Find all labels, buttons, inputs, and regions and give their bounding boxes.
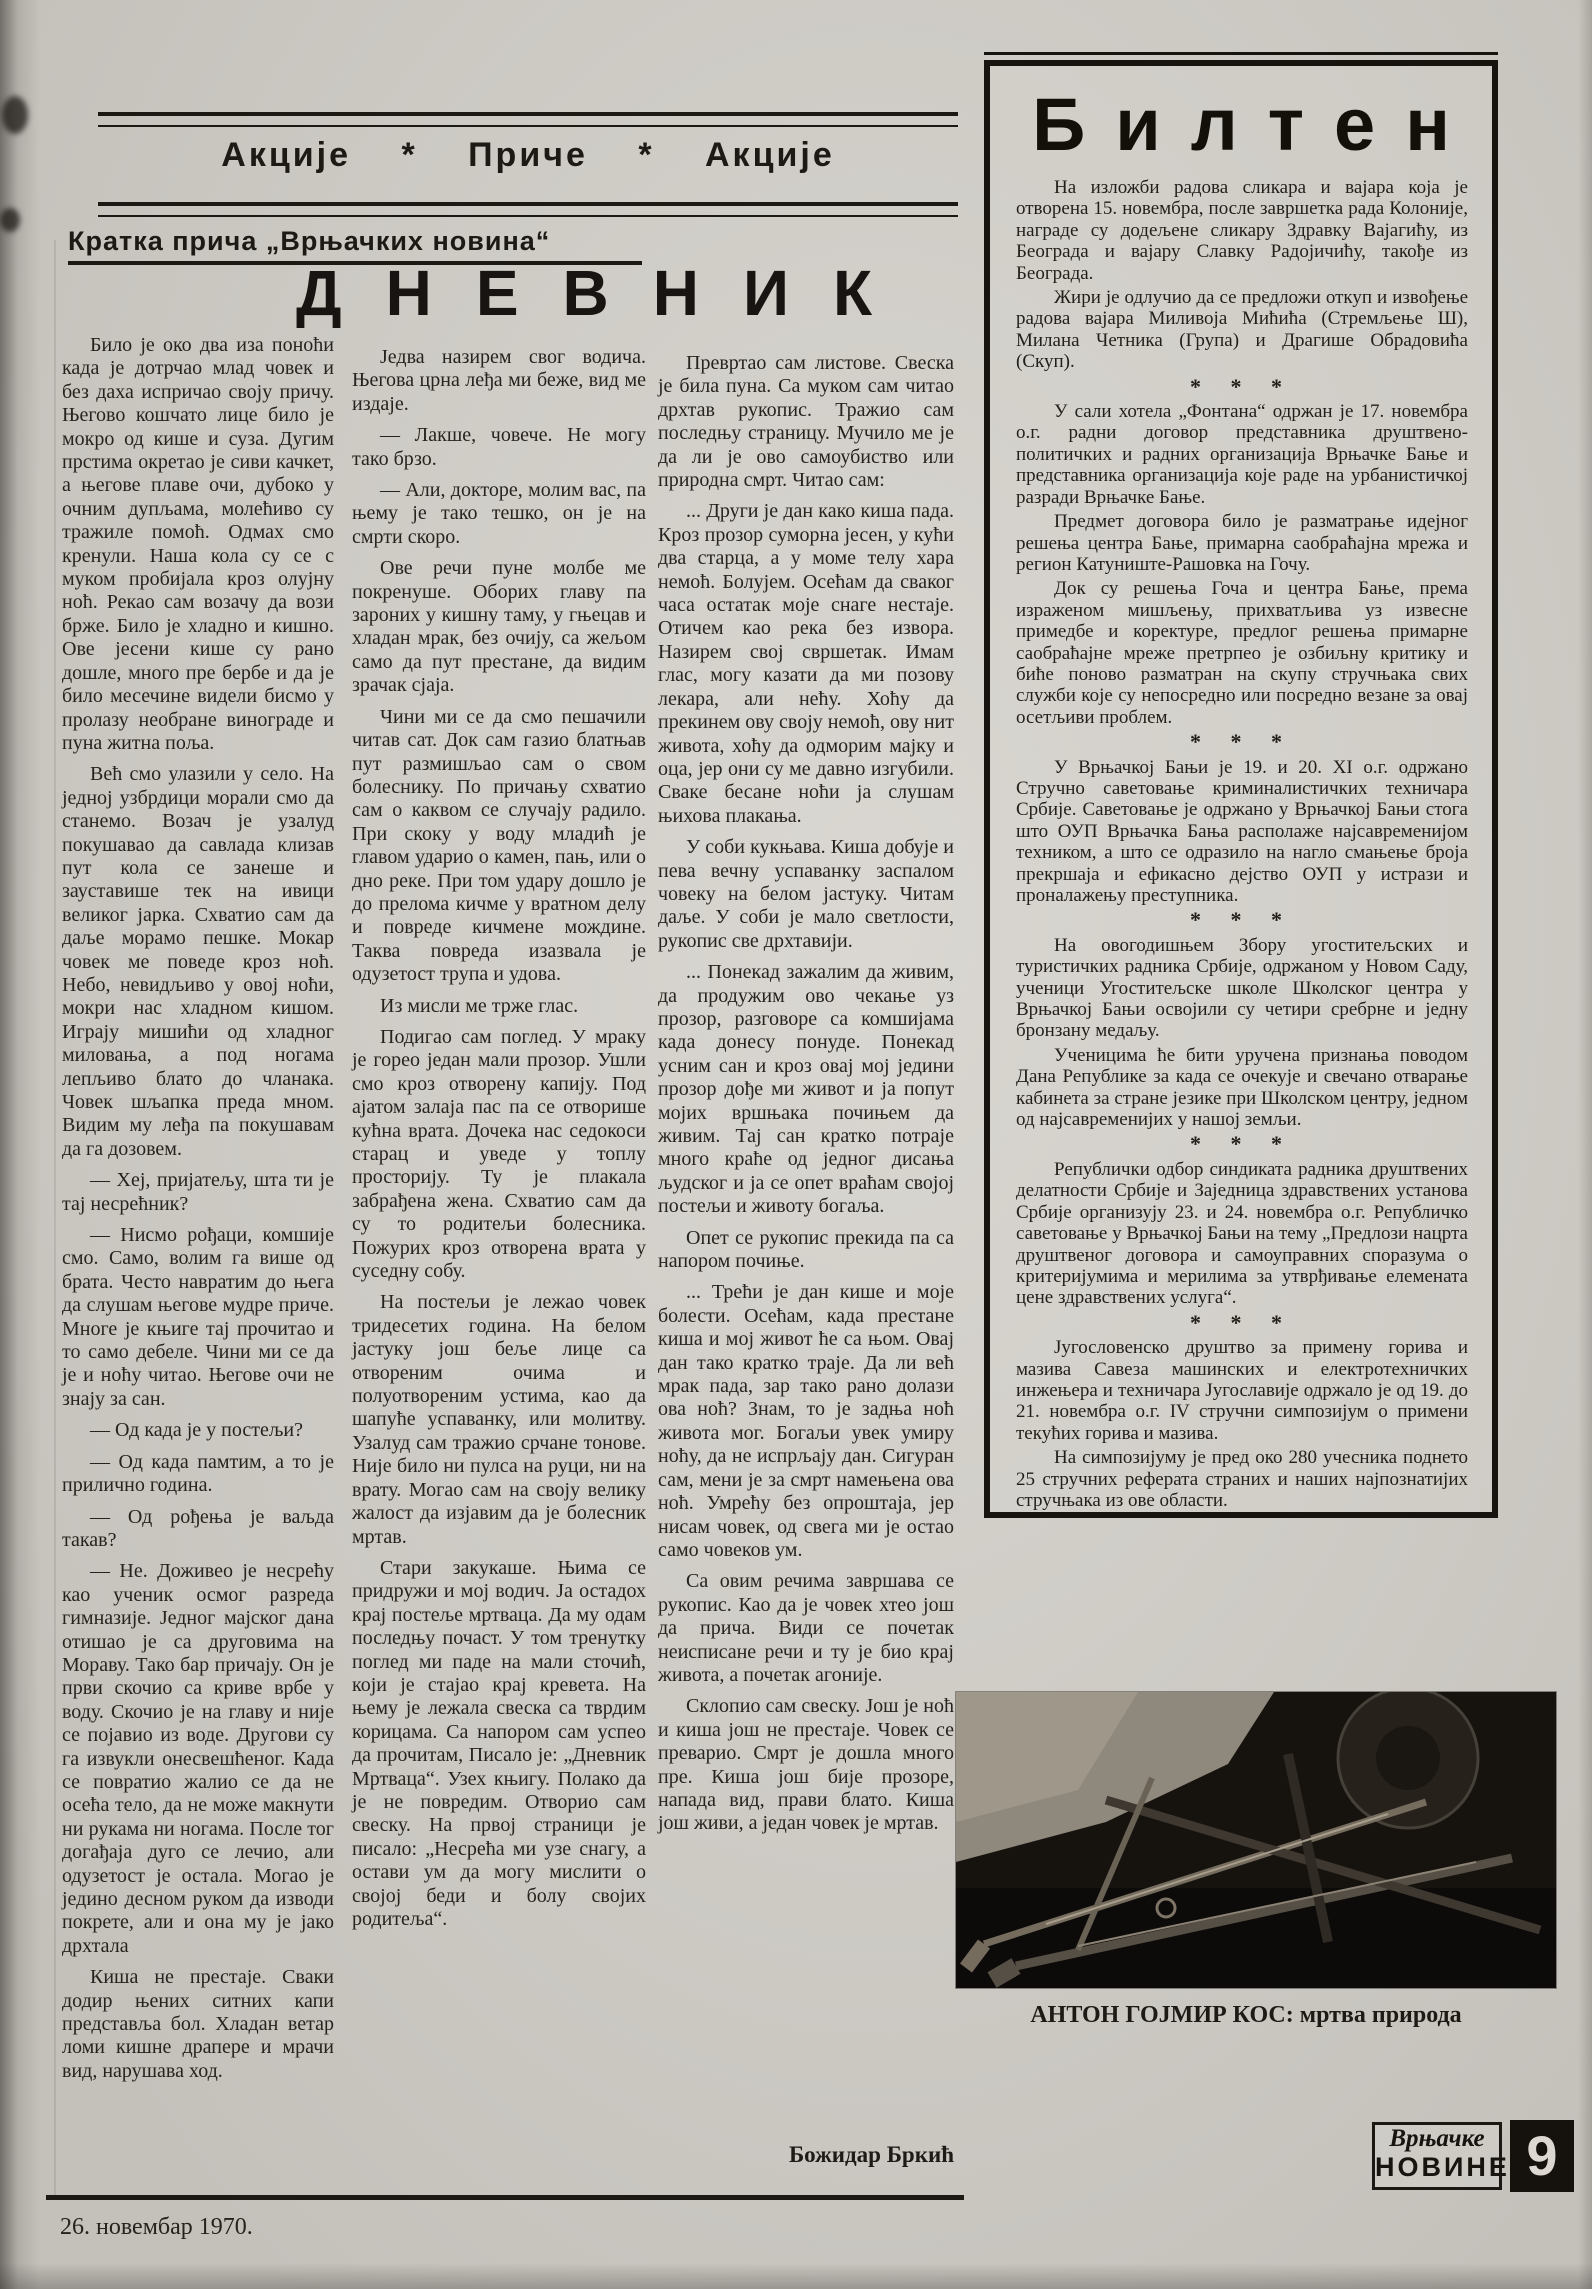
bulletin-paragraph: * * *: [1016, 376, 1468, 397]
rifle-stock: [992, 1966, 1016, 1980]
story-paragraph: Већ смо улазили у село. На једној узбрди…: [62, 763, 334, 1161]
story-paragraph: Подигао сам поглед. У мраку је горео јед…: [352, 1026, 646, 1283]
story-column-2: Једва назирем свог водича. Његова црна л…: [352, 346, 646, 1939]
header-rule-top: [98, 112, 958, 127]
author-signature: Божидар Бркић: [658, 2142, 954, 2168]
story-paragraph: — Нисмо рођаци, комшије смо. Само, волим…: [62, 1224, 334, 1411]
masthead-top: Врњачке: [1375, 2125, 1499, 2152]
masthead-bottom: НОВИНЕ: [1375, 2152, 1499, 2182]
issue-date: 26. новембар 1970.: [60, 2214, 253, 2241]
scan-edge-shadow-bottom: [0, 2263, 1592, 2289]
photo-caption: АНТОН ГОЈМИР КОС: мртва природа: [946, 2002, 1546, 2029]
section-banner: Акције * Приче * Акције: [98, 136, 958, 175]
wheel-hub: [1376, 1726, 1440, 1790]
story-paragraph: У соби кукњава. Киша добује и пева вечну…: [658, 836, 954, 953]
bulletin-paragraph: * * *: [1016, 1133, 1468, 1154]
story-paragraph: ... Понекад зажалим да живим, да продужи…: [658, 961, 954, 1218]
story-paragraph: Са овим речима завршава се рукопис. Као …: [658, 1570, 954, 1687]
story-paragraph: — Од када је у постељи?: [62, 1419, 334, 1442]
bulletin-paragraph: Југословенско друштво за примену горива …: [1016, 1337, 1468, 1444]
bulletin-paragraph: Док су решења Гоча и центра Бање, према …: [1016, 578, 1468, 728]
masthead-logo: Врњачке НОВИНЕ: [1372, 2122, 1502, 2190]
table-ledge: [956, 1888, 1556, 1988]
story-paragraph: Из мисли ме трже глас.: [352, 995, 646, 1018]
bulletin-title: Билтен: [990, 82, 1492, 167]
story-paragraph: Превртао сам листове. Свеска је била пун…: [658, 352, 954, 492]
story-paragraph: Стари закукаше. Њима се придружи и мој в…: [352, 1557, 646, 1932]
story-paragraph: — Од када памтим, а то је прилично годин…: [62, 1451, 334, 1498]
bulletin-box: Билтен На изложби радова сликара и вајар…: [984, 60, 1498, 1518]
still-life-photo: [956, 1692, 1556, 1988]
bulletin-body: На изложби радова сликара и вајара која …: [990, 177, 1492, 1511]
newspaper-page: Акције * Приче * Акције Кратка прича „Вр…: [0, 0, 1592, 2289]
story-paragraph: Склопио сам свеску. Још је ноћ и киша јо…: [658, 1695, 954, 1835]
bulletin-paragraph: У сали хотела „Фонтана“ одржан је 17. но…: [1016, 401, 1468, 508]
footer-rule: [46, 2195, 964, 2200]
story-paragraph: Киша не престаје. Сваки додир њених ситн…: [62, 1966, 334, 2083]
bulletin-paragraph: На изложби радова сликара и вајара која …: [1016, 177, 1468, 284]
still-life-art: [956, 1692, 1556, 1988]
bulletin-paragraph: * * *: [1016, 731, 1468, 752]
story-paragraph: — Лакше, човече. Не могу тако брзо.: [352, 424, 646, 471]
bulletin-paragraph: Жири је одлучио да се предложи откуп и и…: [1016, 287, 1468, 373]
story-paragraph: — Хеј, пријатељу, шта ти је тај несрећни…: [62, 1169, 334, 1216]
story-paragraph: Једва назирем свог водича. Његова црна л…: [352, 346, 646, 416]
bulletin-paragraph: На овогодишњем Збору угоститељских и тур…: [1016, 935, 1468, 1042]
scan-blotch: [0, 208, 20, 232]
scan-edge-shadow-left: [0, 0, 40, 2289]
story-paragraph: Ове речи пуне молбе ме покренуше. Оборих…: [352, 557, 646, 697]
page-number-badge: 9: [1510, 2120, 1574, 2192]
paper-crease: [54, 240, 56, 2200]
story-paragraph: — Не. Доживео је несрећу као ученик осмо…: [62, 1560, 334, 1958]
story-paragraph: ... Други је дан како киша пада. Кроз пр…: [658, 500, 954, 828]
story-paragraph: Опет се рукопис прекида па са напором по…: [658, 1227, 954, 1274]
story-paragraph: ... Трећи је дан кише и моје болести. Ос…: [658, 1281, 954, 1562]
bulletin-paragraph: У Врњачкој Бањи је 19. и 20. XI о.г. одр…: [1016, 757, 1468, 907]
bulletin-paragraph: Предмет договора било је разматрање идеј…: [1016, 511, 1468, 575]
bulletin-paragraph: На симпозијуму је пред око 280 учесника …: [1016, 1447, 1468, 1511]
scan-blotch: [2, 96, 28, 134]
story-paragraph: — Али, докторе, молим вас, па њему је та…: [352, 479, 646, 549]
bulletin-paragraph: Републички одбор синдиката радника друшт…: [1016, 1159, 1468, 1309]
story-paragraph: — Од рођења је ваљда такав?: [62, 1506, 334, 1553]
story-column-1: Било је око два иза поноћи када је дотрч…: [62, 334, 334, 2091]
story-title: ДНЕВНИК: [296, 256, 916, 330]
header-rule-bottom: [98, 202, 958, 217]
story-paragraph: На постељи је лежао човек тридесетих год…: [352, 1291, 646, 1548]
bulletin-paragraph: Ученицима ће бити уручена признања повод…: [1016, 1045, 1468, 1131]
bulletin-paragraph: * * *: [1016, 1312, 1468, 1333]
story-paragraph: Чини ми се да смо пешачили читав сат. До…: [352, 706, 646, 987]
scan-edge-shadow-right: [1578, 0, 1592, 2289]
story-column-3: Превртао сам листове. Свеска је била пун…: [658, 352, 954, 1844]
story-paragraph: Било је око два иза поноћи када је дотрч…: [62, 334, 334, 755]
bulletin-paragraph: * * *: [1016, 909, 1468, 930]
